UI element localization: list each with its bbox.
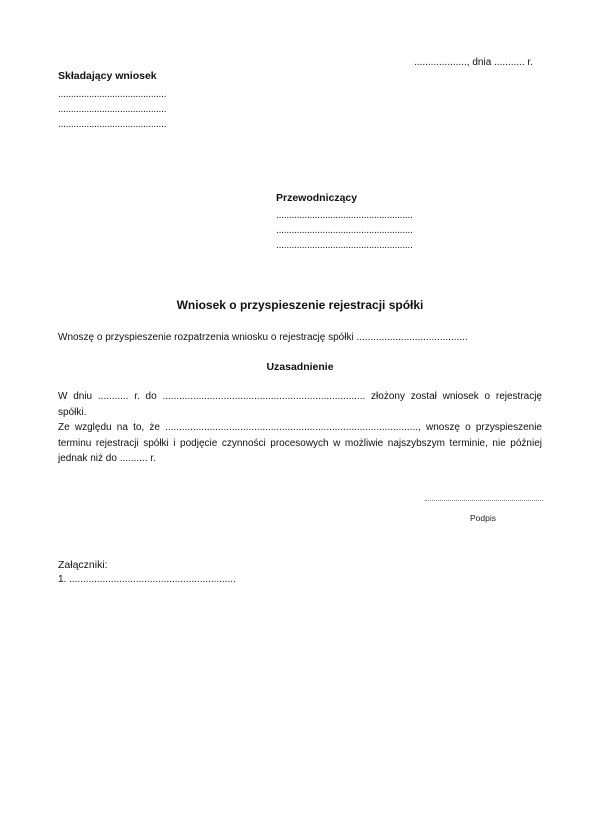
justification-body: W dniu ........... r. do ...............… <box>58 389 542 467</box>
addressee-field-line: ........................................… <box>276 208 413 223</box>
document-title: Wniosek o przyspieszenie rejestracji spó… <box>0 298 600 312</box>
signature-label: Podpis <box>470 513 496 523</box>
request-statement: Wnoszę o przyspieszenie rozpatrzenia wni… <box>58 332 468 343</box>
applicant-field-line: ........................................… <box>58 87 166 102</box>
justification-paragraph: W dniu ........... r. do ...............… <box>58 389 542 420</box>
applicant-field-line: ........................................… <box>58 117 166 132</box>
attachments-heading: Załączniki: <box>58 559 108 571</box>
place-date-line: ..................., dnia ........... r. <box>414 57 533 68</box>
applicant-field-line: ........................................… <box>58 102 166 117</box>
addressee-fields: ........................................… <box>276 208 413 253</box>
attachment-item: 1. .....................................… <box>58 574 236 585</box>
addressee-heading: Przewodniczący <box>276 192 357 204</box>
signature-line <box>425 500 543 501</box>
justification-paragraph: Ze względu na to, że ...................… <box>58 420 542 467</box>
addressee-field-line: ........................................… <box>276 238 413 253</box>
addressee-field-line: ........................................… <box>276 223 413 238</box>
applicant-heading: Składający wniosek <box>58 70 157 82</box>
justification-heading: Uzasadnienie <box>0 361 600 373</box>
applicant-fields: ........................................… <box>58 87 166 132</box>
